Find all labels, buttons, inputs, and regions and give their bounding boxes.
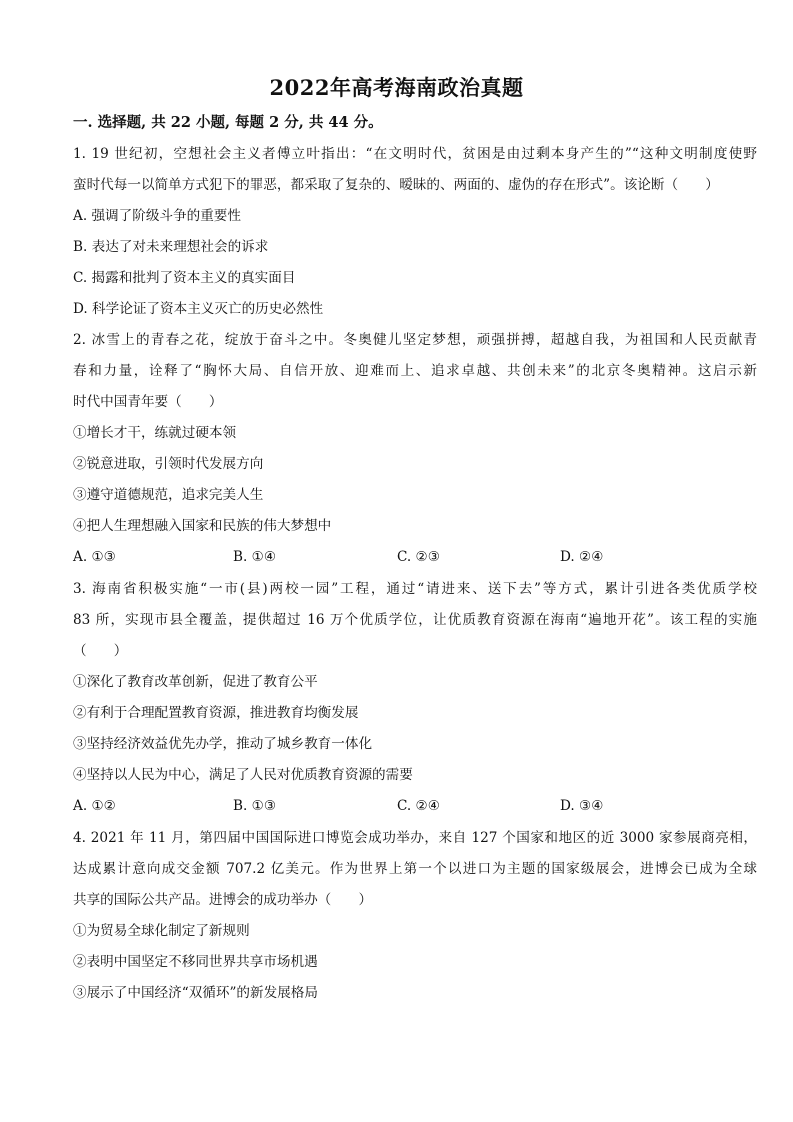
question-2-stem-line-1: 2. 冰雪上的青春之花，绽放于奋斗之中。冬奥健儿坚定梦想，顽强拼搏，超越自我，为… — [73, 331, 757, 349]
question-1-option-a: A. 强调了阶级斗争的重要性 — [73, 207, 241, 225]
exam-page: 2022年高考海南政治真题 一. 选择题, 共 22 小题, 每题 2 分, 共… — [0, 0, 793, 1122]
question-2-stem-line-2: 春和力量，诠释了“胸怀大局、自信开放、迎难而上、追求卓越、共创未来”的北京冬奥精… — [73, 362, 757, 380]
question-2-item-2: ②锐意进取，引领时代发展方向 — [73, 455, 263, 473]
question-3-item-2: ②有利于合理配置教育资源，推进教育均衡发展 — [73, 704, 358, 722]
question-2-item-4: ④把人生理想融入国家和民族的伟大梦想中 — [73, 517, 331, 535]
question-2-option-c: C. ②③ — [397, 548, 440, 566]
question-3-option-a: A. ①② — [73, 797, 116, 815]
question-1-option-b: B. 表达了对未来理想社会的诉求 — [73, 238, 268, 256]
question-4-item-1: ①为贸易全球化制定了新规则 — [73, 922, 250, 940]
section-heading: 一. 选择题, 共 22 小题, 每题 2 分, 共 44 分。 — [73, 111, 383, 132]
question-1-stem-line-1: 1. 19 世纪初，空想社会主义者傅立叶指出：“在文明时代，贫困是由过剩本身产生… — [73, 145, 757, 163]
page-title: 2022年高考海南政治真题 — [0, 72, 793, 102]
question-3-item-1: ①深化了教育改革创新，促进了教育公平 — [73, 673, 318, 691]
question-4-stem-line-1: 4. 2021 年 11 月，第四届中国国际进口博览会成功举办，来自 127 个… — [73, 829, 757, 847]
question-1-option-c: C. 揭露和批判了资本主义的真实面目 — [73, 269, 295, 287]
question-2-stem-line-3: 时代中国青年要（ ） — [73, 393, 223, 411]
question-3-stem-line-3: （ ） — [73, 642, 127, 660]
question-3-stem-line-1: 3. 海南省积极实施“一市(县)两校一园”工程，通过“请进来、送下去”等方式，累… — [73, 580, 757, 598]
question-4-item-2: ②表明中国坚定不移同世界共享市场机遇 — [73, 953, 318, 971]
question-3-item-3: ③坚持经济效益优先办学，推动了城乡教育一体化 — [73, 735, 372, 753]
question-3-option-b: B. ①③ — [233, 797, 276, 815]
question-2-option-d: D. ②④ — [560, 548, 603, 566]
question-1-stem-line-2: 蛮时代每一以简单方式犯下的罪恶，都采取了复杂的、暧昧的、两面的、虚伪的存在形式”… — [73, 176, 719, 194]
question-2-item-1: ①增长才干，练就过硬本领 — [73, 424, 236, 442]
question-3-item-4: ④坚持以人民为中心，满足了人民对优质教育资源的需要 — [73, 766, 413, 784]
question-2-option-a: A. ①③ — [73, 548, 116, 566]
question-3-stem-line-2: 83 所，实现市县全覆盖，提供超过 16 万个优质学位，让优质教育资源在海南“遍… — [73, 611, 757, 629]
question-4-stem-line-2: 达成累计意向成交金额 707.2 亿美元。作为世界上第一个以进口为主题的国家级展… — [73, 860, 757, 878]
question-1-option-d: D. 科学论证了资本主义灭亡的历史必然性 — [73, 300, 323, 318]
question-3-option-d: D. ③④ — [560, 797, 603, 815]
question-3-option-c: C. ②④ — [397, 797, 440, 815]
question-4-item-3: ③展示了中国经济“双循环”的新发展格局 — [73, 984, 318, 1002]
question-4-stem-line-3: 共享的国际公共产品。进博会的成功举办（ ） — [73, 891, 372, 909]
question-2-item-3: ③遵守道德规范，追求完美人生 — [73, 486, 263, 504]
question-2-option-b: B. ①④ — [233, 548, 276, 566]
